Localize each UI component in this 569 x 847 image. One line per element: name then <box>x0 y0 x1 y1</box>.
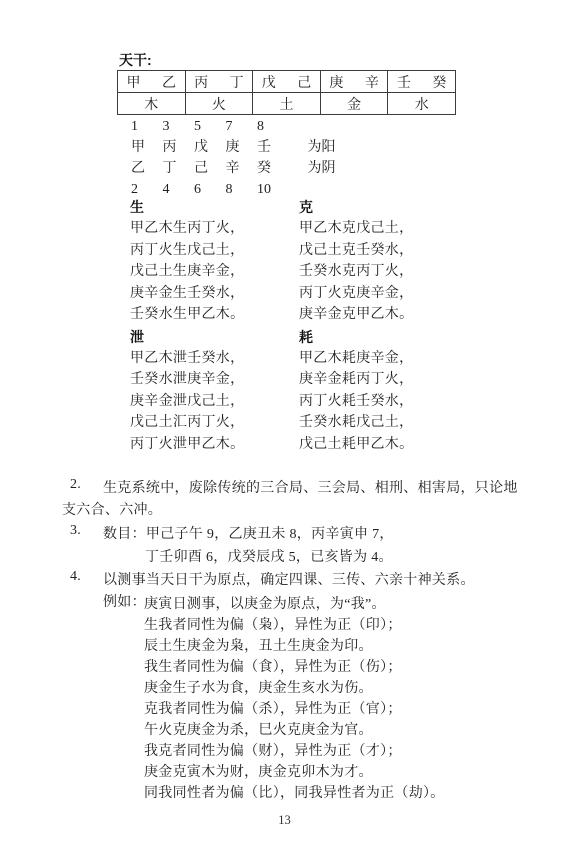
example-line: 庚寅日测事，以庚金为原点，为“我”。 <box>144 594 445 615</box>
yang-stems-row: 甲 丙 戊 庚 壬 为阳 <box>131 137 336 158</box>
table-cell-stems-wood: 甲 乙 <box>118 71 186 93</box>
section-title-tiangan: 天干: <box>119 50 152 70</box>
yang-number: 5 <box>194 116 222 137</box>
ke-line: 庚辛金克甲乙木。 <box>299 304 469 326</box>
example-line: 我生者同性为偏（食），异性为正（伤）； <box>144 657 445 678</box>
table-cell-element-water: 水 <box>388 93 456 115</box>
sheng-line: 丙丁火生戊己土， <box>130 240 300 262</box>
yang-stem: 丙 <box>163 137 191 158</box>
table-cell-stems-earth: 戊 己 <box>253 71 321 93</box>
yang-number: 1 <box>131 116 159 137</box>
relations-right-column: 克 甲乙木克戊己土， 戊己土克壬癸水， 壬癸水克丙丁火， 丙丁火克庚辛金， 庚辛… <box>299 196 469 455</box>
yin-stems-row: 乙 丁 己 辛 癸 为阴 <box>131 158 336 179</box>
yang-stem: 甲 <box>131 137 159 158</box>
tiangan-table: 甲 乙 丙 丁 戊 己 庚 辛 壬 癸 木 火 土 金 水 <box>117 70 456 115</box>
table-cell-stems-metal: 庚 辛 <box>320 71 388 93</box>
example-line: 午火克庚金为杀，巳火克庚金为官。 <box>144 720 445 741</box>
example-line: 庚金克寅木为财，庚金克卯木为才。 <box>144 762 445 783</box>
ke-line: 丙丁火克庚辛金， <box>299 283 469 305</box>
xie-line: 丙丁火泄甲乙木。 <box>130 434 300 456</box>
example-line: 克我者同性为偏（杀），异性为正（官）； <box>144 699 445 720</box>
document-page: 天干: 甲 乙 丙 丁 戊 己 庚 辛 壬 癸 木 火 土 金 水 1 3 5 … <box>0 0 569 847</box>
table-cell-element-fire: 火 <box>185 93 253 115</box>
relations-left-column: 生 甲乙木生丙丁火， 丙丁火生戊己土， 戊己土生庚辛金， 庚辛金生壬癸水， 壬癸… <box>130 196 300 455</box>
yin-stem: 己 <box>194 158 222 179</box>
yin-stem: 乙 <box>131 158 159 179</box>
table-row-elements: 木 火 土 金 水 <box>118 93 456 115</box>
stems-number-block: 1 3 5 7 8 甲 丙 戊 庚 壬 为阳 乙 丁 己 辛 癸 为阴 2 4 … <box>131 116 336 200</box>
yin-stem: 丁 <box>163 158 191 179</box>
yang-stem: 庚 <box>226 137 254 158</box>
xie-header: 泄 <box>130 326 300 348</box>
yang-number: 3 <box>163 116 191 137</box>
table-cell-element-wood: 木 <box>118 93 186 115</box>
table-cell-element-earth: 土 <box>253 93 321 115</box>
item2-line2: 支六合、六冲。 <box>62 499 162 519</box>
xie-line: 甲乙木泄壬癸水， <box>130 348 300 370</box>
sheng-line: 甲乙木生丙丁火， <box>130 218 300 240</box>
table-cell-stems-fire: 丙 丁 <box>185 71 253 93</box>
xie-line: 戊己土汇丙丁火， <box>130 412 300 434</box>
ke-line: 甲乙木克戊己土， <box>299 218 469 240</box>
item4-number: 4. <box>70 569 81 585</box>
item3-line1: 数目：甲己子午 9，乙庚丑未 8，丙辛寅申 7， <box>103 523 394 543</box>
xie-line: 壬癸水泄庚辛金， <box>130 369 300 391</box>
item4-line2-example-label: 例如： <box>103 591 146 611</box>
hao-line: 庚辛金耗丙丁火， <box>299 369 469 391</box>
ke-header: 克 <box>299 196 469 218</box>
item4-line1: 以测事当天日干为原点，确定四课、三传、六亲十神关系。 <box>103 569 475 589</box>
item2-line1: 生克系统中，废除传统的三合局、三会局、相刑、相害局，只论地 <box>103 477 518 497</box>
yang-stem: 戊 <box>194 137 222 158</box>
item3-number: 3. <box>70 523 81 539</box>
item3-line2: 丁壬卯酉 6，戊癸辰戌 5，已亥皆为 4。 <box>145 546 393 566</box>
page-number: 13 <box>0 813 569 828</box>
sheng-line: 庚辛金生壬癸水， <box>130 283 300 305</box>
yang-label: 为阳 <box>308 137 336 158</box>
hao-header: 耗 <box>299 326 469 348</box>
hao-line: 甲乙木耗庚辛金， <box>299 348 469 370</box>
sheng-line: 戊己土生庚辛金， <box>130 261 300 283</box>
example-line: 同我同性者为偏（比），同我异性者为正（劫）。 <box>144 783 445 804</box>
example-line: 我克者同性为偏（财），异性为正（才）； <box>144 741 445 762</box>
yin-stem: 辛 <box>226 158 254 179</box>
example-block: 庚寅日测事，以庚金为原点，为“我”。 生我者同性为偏（枭），异性为正（印）； 辰… <box>144 594 445 804</box>
yang-number: 7 <box>226 116 254 137</box>
yin-label: 为阴 <box>308 158 336 179</box>
ke-line: 壬癸水克丙丁火， <box>299 261 469 283</box>
hao-line: 戊己土耗甲乙木。 <box>299 434 469 456</box>
hao-line: 丙丁火耗壬癸水， <box>299 391 469 413</box>
yin-stem: 癸 <box>257 158 285 179</box>
example-line: 辰土生庚金为枭，丑土生庚金为印。 <box>144 636 445 657</box>
item2-number: 2. <box>70 477 81 493</box>
table-row-stems: 甲 乙 丙 丁 戊 己 庚 辛 壬 癸 <box>118 71 456 93</box>
ke-line: 戊己土克壬癸水， <box>299 240 469 262</box>
example-line: 生我者同性为偏（枭），异性为正（印）； <box>144 615 445 636</box>
sheng-header: 生 <box>130 196 300 218</box>
yang-numbers-row: 1 3 5 7 8 <box>131 116 336 137</box>
table-cell-element-metal: 金 <box>320 93 388 115</box>
xie-line: 庚辛金泄戊己土， <box>130 391 300 413</box>
sheng-line: 壬癸水生甲乙木。 <box>130 304 300 326</box>
hao-line: 壬癸水耗戊己土， <box>299 412 469 434</box>
table-cell-stems-water: 壬 癸 <box>388 71 456 93</box>
example-line: 庚金生子水为食，庚金生亥水为伤。 <box>144 678 445 699</box>
yang-stem: 壬 <box>257 137 285 158</box>
yang-number: 8 <box>257 116 285 137</box>
